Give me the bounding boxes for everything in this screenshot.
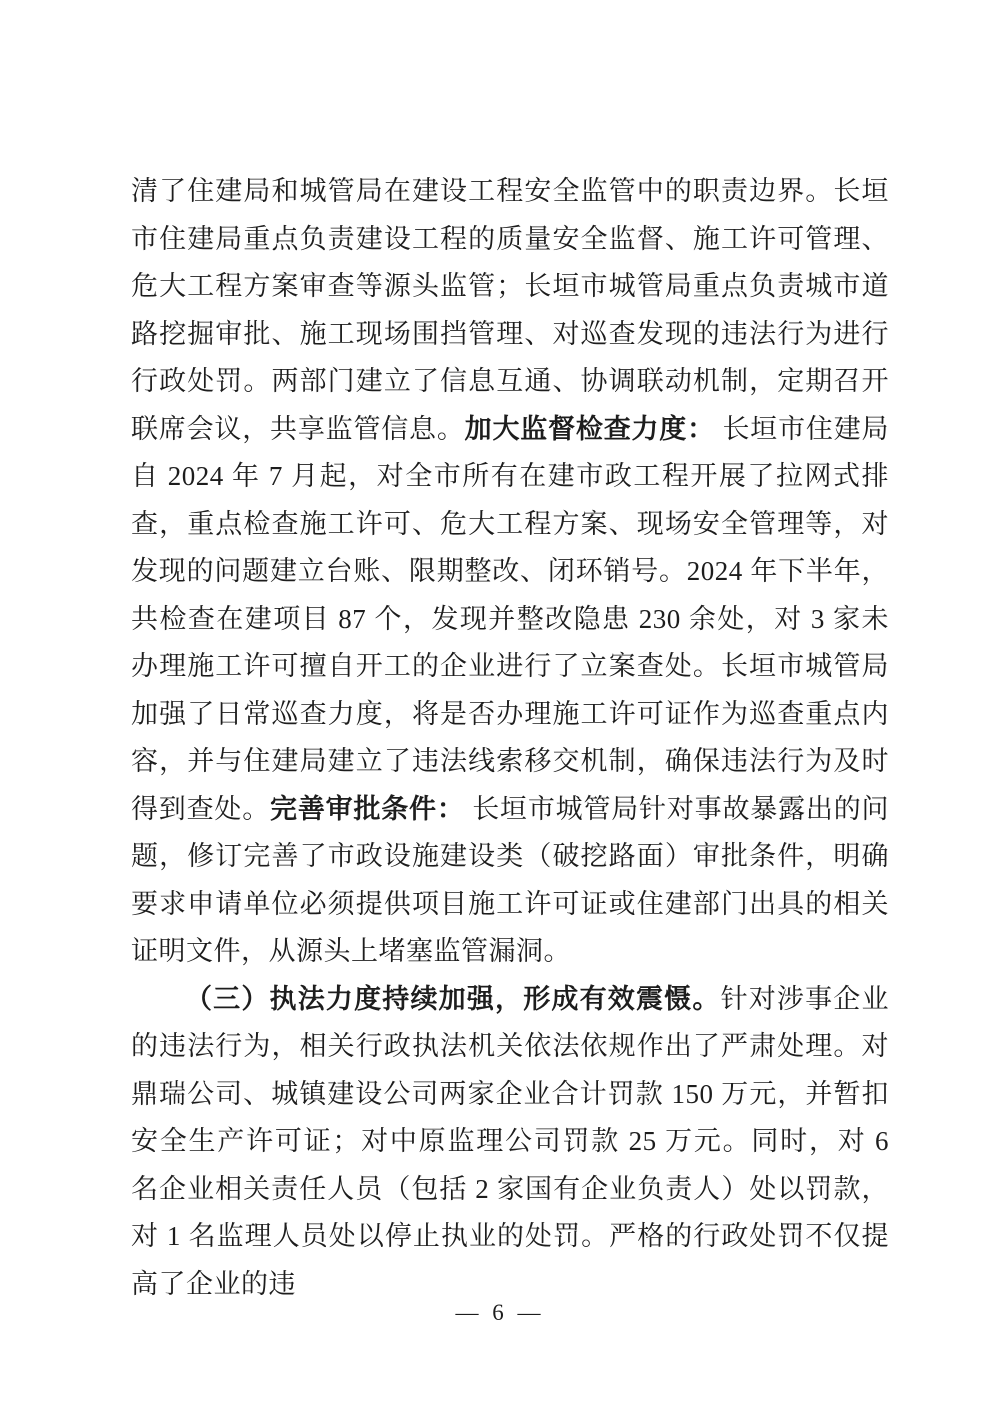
bold-heading-run-approval: 完善审批条件：: [270, 794, 465, 824]
bold-heading-run-supervision: 加大监督检查力度：: [465, 414, 715, 444]
paragraph-section-three: （三）执法力度持续加强，形成有效震慑。针对涉事企业的违法行为，相关行政执法机关依…: [131, 976, 889, 1309]
bold-heading-run-enforcement: （三）执法力度持续加强，形成有效震慑。: [185, 984, 721, 1014]
document-page: 清了住建局和城管局在建设工程安全监管中的职责边界。长垣市住建局重点负责建设工程的…: [0, 0, 1000, 1414]
page-number: — 6 —: [0, 1300, 1000, 1326]
paragraph-continuation: 清了住建局和城管局在建设工程安全监管中的职责边界。长垣市住建局重点负责建设工程的…: [131, 168, 889, 976]
text-run: 针对涉事企业的违法行为，相关行政执法机关依法依规作出了严肃处理。对鼎瑞公司、城镇…: [131, 984, 889, 1299]
document-body-text: 清了住建局和城管局在建设工程安全监管中的职责边界。长垣市住建局重点负责建设工程的…: [131, 168, 889, 1308]
text-run: 长垣市住建局自 2024 年 7 月起，对全市所有在建市政工程开展了拉网式排查，…: [131, 414, 889, 824]
text-run: 清了住建局和城管局在建设工程安全监管中的职责边界。长垣市住建局重点负责建设工程的…: [131, 176, 889, 444]
